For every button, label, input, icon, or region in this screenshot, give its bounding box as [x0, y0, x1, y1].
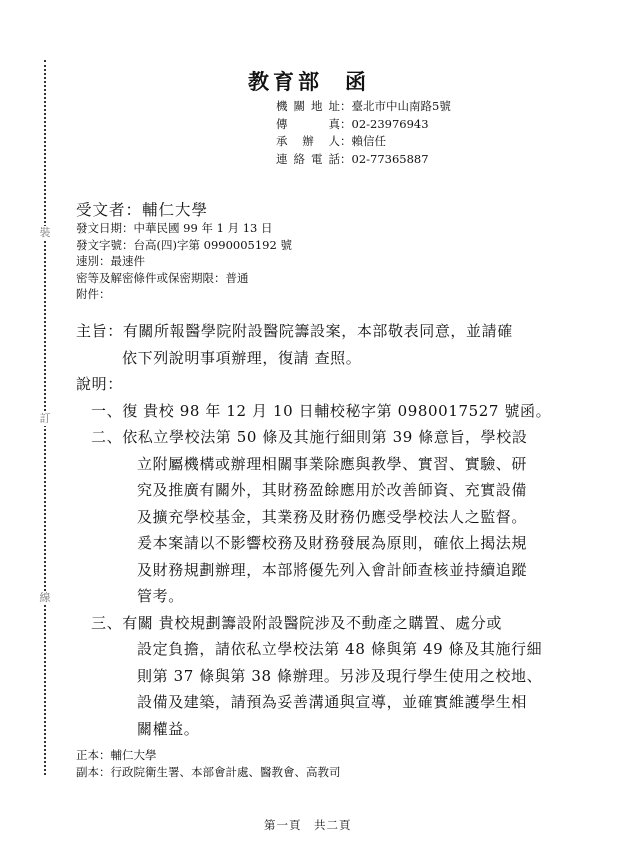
recipient: 受文者：輔仁大學: [76, 198, 208, 220]
contact-handler: 承辦人：賴信任: [276, 133, 451, 151]
binding-mark-ding: 訂: [37, 412, 53, 426]
meta-priority: 速別：最速件: [76, 253, 292, 270]
explanation-item-1: 一、復 貴校 98 年 12 月 10 日輔校秘字第 0980017527 號函…: [76, 398, 576, 425]
contact-fax: 傳 真：02-23976943: [276, 116, 451, 134]
document-meta: 發文日期：中華民國 99 年 1 月 13 日 發文字號：台高(四)字第 099…: [76, 220, 292, 303]
page-number: 第一頁 共二頁: [264, 817, 352, 833]
document-title: 教育部函: [248, 66, 370, 96]
explanation-item-3: 三、有關 貴校規劃籌設附設醫院涉及不動產之購置、處分或 設定負擔，請依私立學校法…: [76, 610, 576, 743]
meta-doc-number: 發文字號：台高(四)字第 0990005192 號: [76, 237, 292, 254]
binding-mark-xian: 線: [37, 591, 53, 605]
subject-label: 主旨：: [76, 322, 123, 340]
meta-attachment: 附件：: [76, 286, 292, 303]
copy-recipients: 副本：行政院衛生署、本部會計處、醫教會、高教司: [76, 764, 341, 781]
binding-mark-zhuang: 裝: [37, 226, 53, 240]
contact-phone: 連絡電話：02-77365887: [276, 151, 451, 169]
explanation-label: 說明：: [76, 371, 576, 398]
document-type: 函: [345, 69, 370, 94]
contact-block: 機關地址：臺北市中山南路5號 傳 真：02-23976943 承辦人：賴信任 連…: [276, 98, 451, 168]
contact-address: 機關地址：臺北市中山南路5號: [276, 98, 451, 116]
explanation-section: 說明： 一、復 貴校 98 年 12 月 10 日輔校秘字第 098001752…: [76, 371, 576, 742]
agency-name: 教育部: [248, 69, 323, 94]
original-recipient: 正本：輔仁大學: [76, 747, 341, 764]
document-body: 主旨：有關所報醫學院附設醫院籌設案，本部敬表同意，並請確 依下列說明事項辦理，復…: [76, 318, 576, 742]
meta-date: 發文日期：中華民國 99 年 1 月 13 日: [76, 220, 292, 237]
meta-classification: 密等及解密條件或保密期限：普通: [76, 270, 292, 287]
explanation-item-2: 二、依私立學校法第 50 條及其施行細則第 39 條意旨，學校設 立附屬機構或辦…: [76, 424, 576, 610]
distribution-list: 正本：輔仁大學 副本：行政院衛生署、本部會計處、醫教會、高教司: [76, 747, 341, 781]
subject-section: 主旨：有關所報醫學院附設醫院籌設案，本部敬表同意，並請確 依下列說明事項辦理，復…: [76, 318, 576, 371]
